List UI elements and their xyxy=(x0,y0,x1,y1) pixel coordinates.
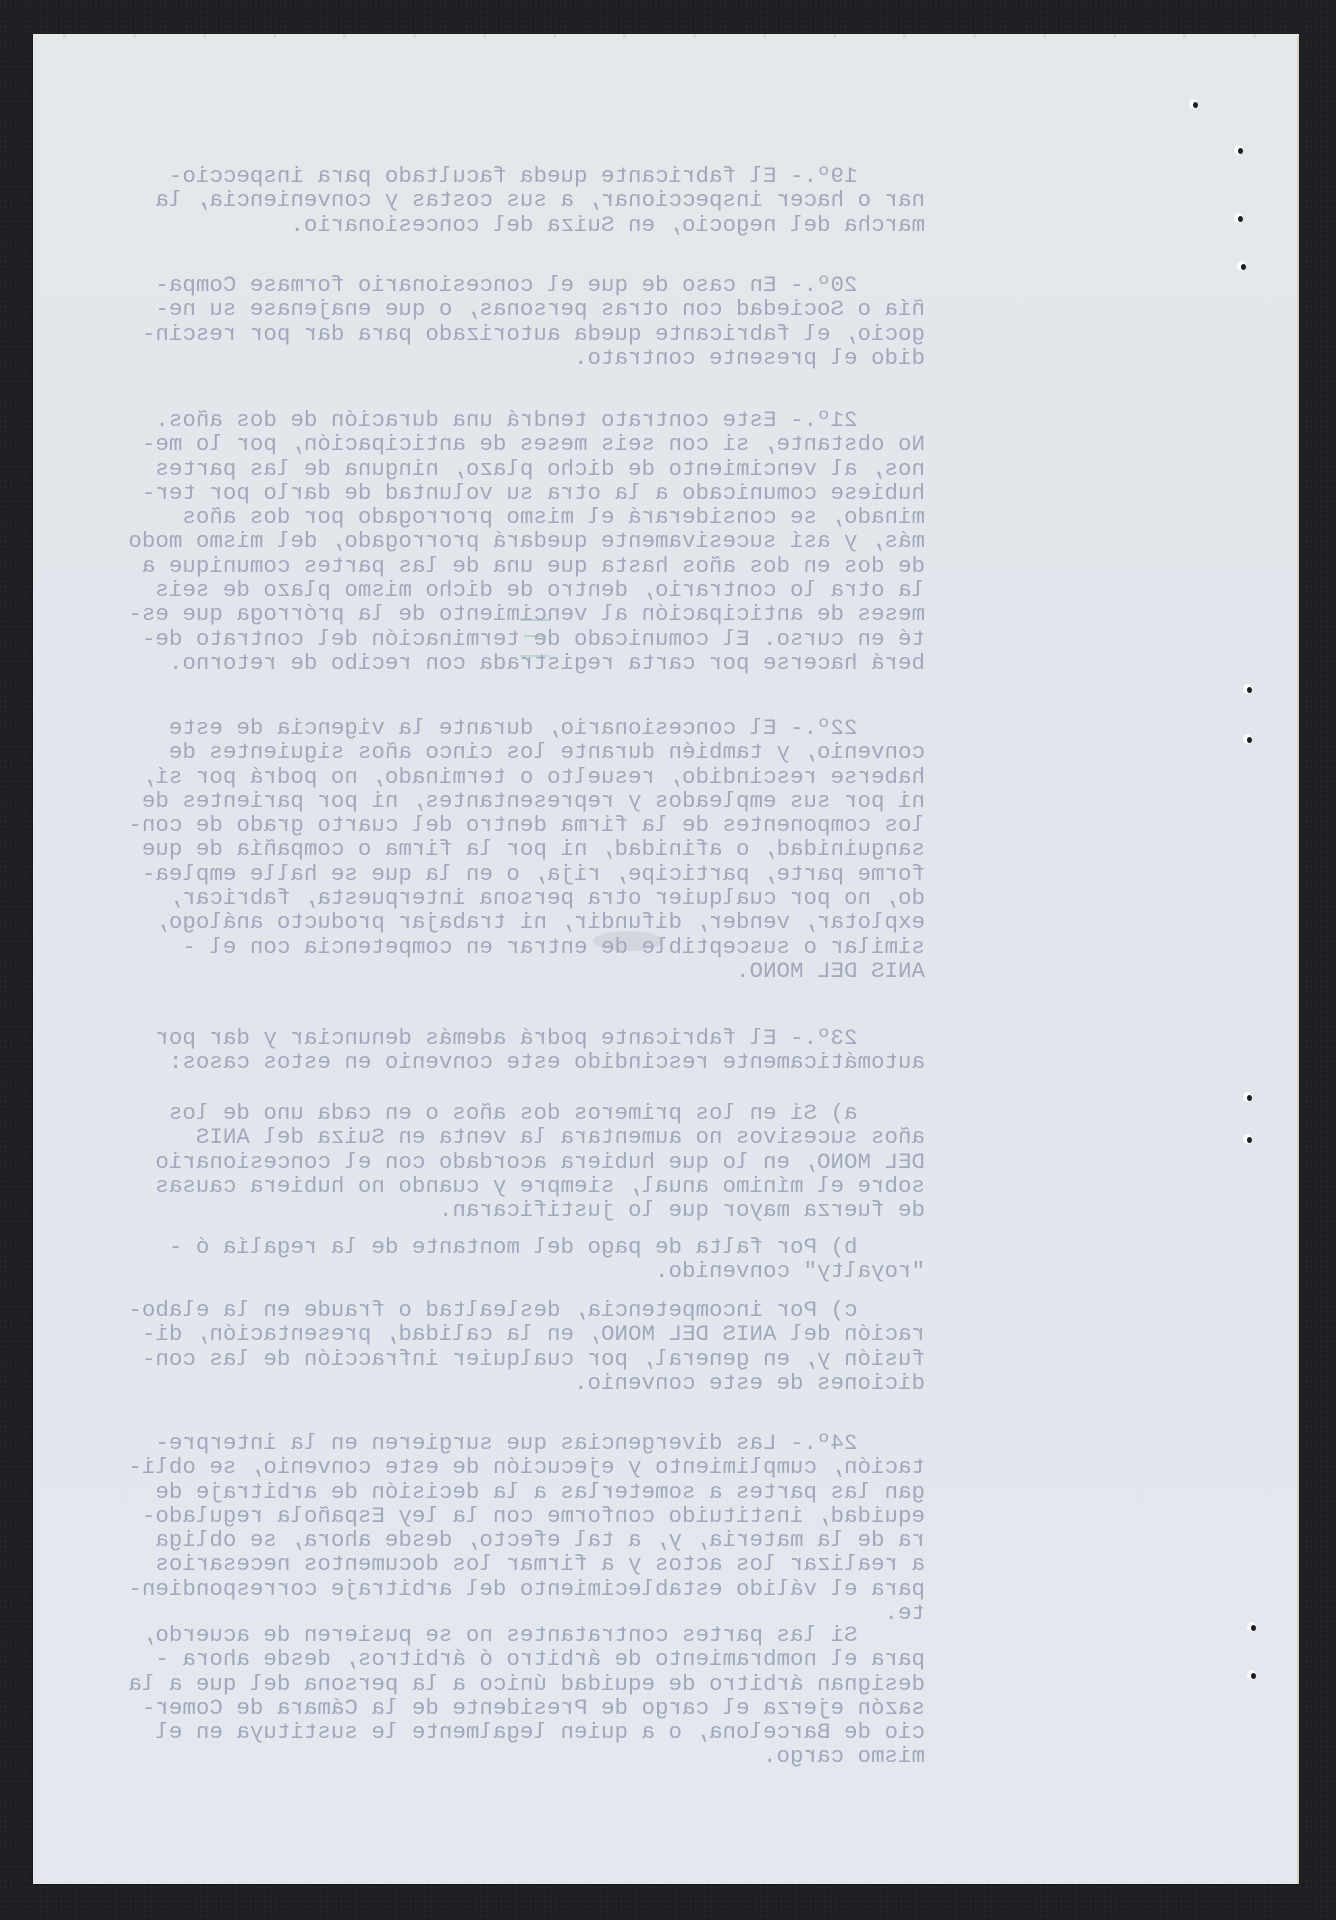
text-line: No obstante, si con seis meses de antici… xyxy=(155,432,925,456)
text-line: la otra lo contrario, dentro de dicho mi… xyxy=(155,578,925,602)
text-line: minado, se considerará el mismo prorroga… xyxy=(155,505,925,529)
text-line: ra de la materia, y, a tal efecto, desde… xyxy=(155,1528,925,1552)
text-line: marcha del negocio, en Suiza del concesi… xyxy=(155,213,925,237)
text-line: nar o hacer inspeccionar, a sus costas y… xyxy=(155,188,925,212)
text-line: para el válido establecimiento del arbit… xyxy=(155,1577,925,1601)
binding-hole-icon xyxy=(1247,1095,1252,1101)
text-line: hubiese comunicado a la otra su voluntad… xyxy=(155,481,925,505)
text-line: do, no por cualquier otra persona interp… xyxy=(155,886,925,910)
page-torn-top-edge xyxy=(33,34,1299,38)
text-line: mismo cargo. xyxy=(155,1744,925,1768)
text-line: c) Por incompetencia, deslealtad o fraud… xyxy=(155,1298,925,1322)
text-line: cio de Barcelona, o a quien legalmente l… xyxy=(155,1720,925,1744)
text-line: ración del ANIS DEL MONO, en la calidad,… xyxy=(155,1322,925,1346)
text-line: gan las partes a someterlas a la decisió… xyxy=(155,1480,925,1504)
paragraph-clause-20: 20º.- En caso de que el concesionario fo… xyxy=(155,273,925,370)
text-line: explotar, vender, difundir, ni trabajar … xyxy=(155,910,925,934)
text-line: a realizar los actos y a firmar los docu… xyxy=(155,1552,925,1576)
text-line: nos, al vencimiento de dicho plazo, ning… xyxy=(155,457,925,481)
text-line: 22º.- El concesionario, durante la vigen… xyxy=(155,716,925,740)
text-line: similar o susceptible de entrar en compe… xyxy=(155,935,925,959)
text-line: ñía o Sociedad con otras personas, o que… xyxy=(155,297,925,321)
text-line: té en curso. El comunicado de terminació… xyxy=(155,627,925,651)
paragraph-clause-23-c: c) Por incompetencia, deslealtad o fraud… xyxy=(155,1298,925,1395)
text-line: forme parte, participe, rija, o en la qu… xyxy=(155,862,925,886)
paragraph-clause-23-b: b) Por falta de pago del montante de la … xyxy=(155,1235,925,1284)
text-line: 20º.- En caso de que el concesionario fo… xyxy=(155,273,925,297)
binding-hole-icon xyxy=(1251,1673,1256,1679)
binding-hole-icon xyxy=(1247,1137,1252,1143)
text-line: para el nombramiento de árbitro ó árbitr… xyxy=(155,1647,925,1671)
text-line: 19º.- El fabricante queda facultado para… xyxy=(155,164,925,188)
text-line: 24º.- Las divergencias que surgieren en … xyxy=(155,1431,925,1455)
text-line: gocio, el fabricante queda autorizado pa… xyxy=(155,322,925,346)
paragraph-clause-24: 24º.- Las divergencias que surgieren en … xyxy=(155,1431,925,1625)
paragraph-clause-24-arbiter: Si las partes contratantes no se pusiere… xyxy=(155,1623,925,1769)
binding-hole-icon xyxy=(1238,216,1243,222)
text-line: meses de anticipación al vencimiento de … xyxy=(155,602,925,626)
text-line: berá hacerse por carta registrada con re… xyxy=(155,651,925,675)
text-line: b) Por falta de pago del montante de la … xyxy=(155,1235,925,1259)
text-line: ni por sus empleados y representantes, n… xyxy=(155,789,925,813)
binding-hole-icon xyxy=(1193,102,1198,108)
text-line: tación, cumplimiento y ejecución de este… xyxy=(155,1455,925,1479)
paragraph-clause-23: 23º.- El fabricante podrá además denunci… xyxy=(155,1026,925,1075)
binding-hole-icon xyxy=(1247,687,1252,693)
text-line: años sucesivos no aumentara la venta en … xyxy=(155,1125,925,1149)
text-line: 23º.- El fabricante podrá además denunci… xyxy=(155,1026,925,1050)
text-line: haberse rescindido, resuelto o terminado… xyxy=(155,765,925,789)
document-page: 19º.- El fabricante queda facultado para… xyxy=(33,36,1299,1884)
text-line: sazón ejerza el cargo de Presidente de l… xyxy=(155,1696,925,1720)
text-line: "royalty" convenido. xyxy=(155,1259,925,1283)
text-line: dido el presente contrato. xyxy=(155,346,925,370)
text-line: sanguinidad, o afinidad, ni por la firma… xyxy=(155,837,925,861)
text-line: 21º.- Este contrato tendrá una duración … xyxy=(155,408,925,432)
binding-hole-icon xyxy=(1238,148,1243,154)
text-line: automáticamente rescindido este convenio… xyxy=(155,1050,925,1074)
paragraph-clause-19: 19º.- El fabricante queda facultado para… xyxy=(155,164,925,237)
binding-hole-icon xyxy=(1241,264,1246,270)
text-line: diciones de este convenio. xyxy=(155,1371,925,1395)
binding-hole-icon xyxy=(1247,737,1252,743)
paragraph-clause-21: 21º.- Este contrato tendrá una duración … xyxy=(155,408,925,675)
text-line: DEL MONO, en lo que hubiera acordado con… xyxy=(155,1150,925,1174)
paragraph-clause-22: 22º.- El concesionario, durante la vigen… xyxy=(155,716,925,983)
text-line: de dos en dos años hasta que una de las … xyxy=(155,554,925,578)
paragraph-clause-23-a: a) Si en los primeros dos años o en cada… xyxy=(155,1101,925,1222)
page-right-edge xyxy=(1297,36,1299,1884)
text-line: sobre el mínimo anual, siempre y cuando … xyxy=(155,1174,925,1198)
text-line: de fuerza mayor que lo justificaran. xyxy=(155,1198,925,1222)
text-line: a) Si en los primeros dos años o en cada… xyxy=(155,1101,925,1125)
text-line: convenio, y también durante los cinco añ… xyxy=(155,740,925,764)
text-line: Si las partes contratantes no se pusiere… xyxy=(155,1623,925,1647)
text-line: equidad, instituido conforme con la ley … xyxy=(155,1504,925,1528)
text-line: ANIS DEL MONO. xyxy=(155,959,925,983)
text-line: los componentes de la firma dentro del c… xyxy=(155,813,925,837)
text-line: designan árbitro de equidad único a la p… xyxy=(155,1672,925,1696)
binding-hole-icon xyxy=(1251,1625,1256,1631)
text-line: fusión y, en general, por cualquier infr… xyxy=(155,1347,925,1371)
text-line: más, y así sucesivamente quedará prorrog… xyxy=(155,529,925,553)
